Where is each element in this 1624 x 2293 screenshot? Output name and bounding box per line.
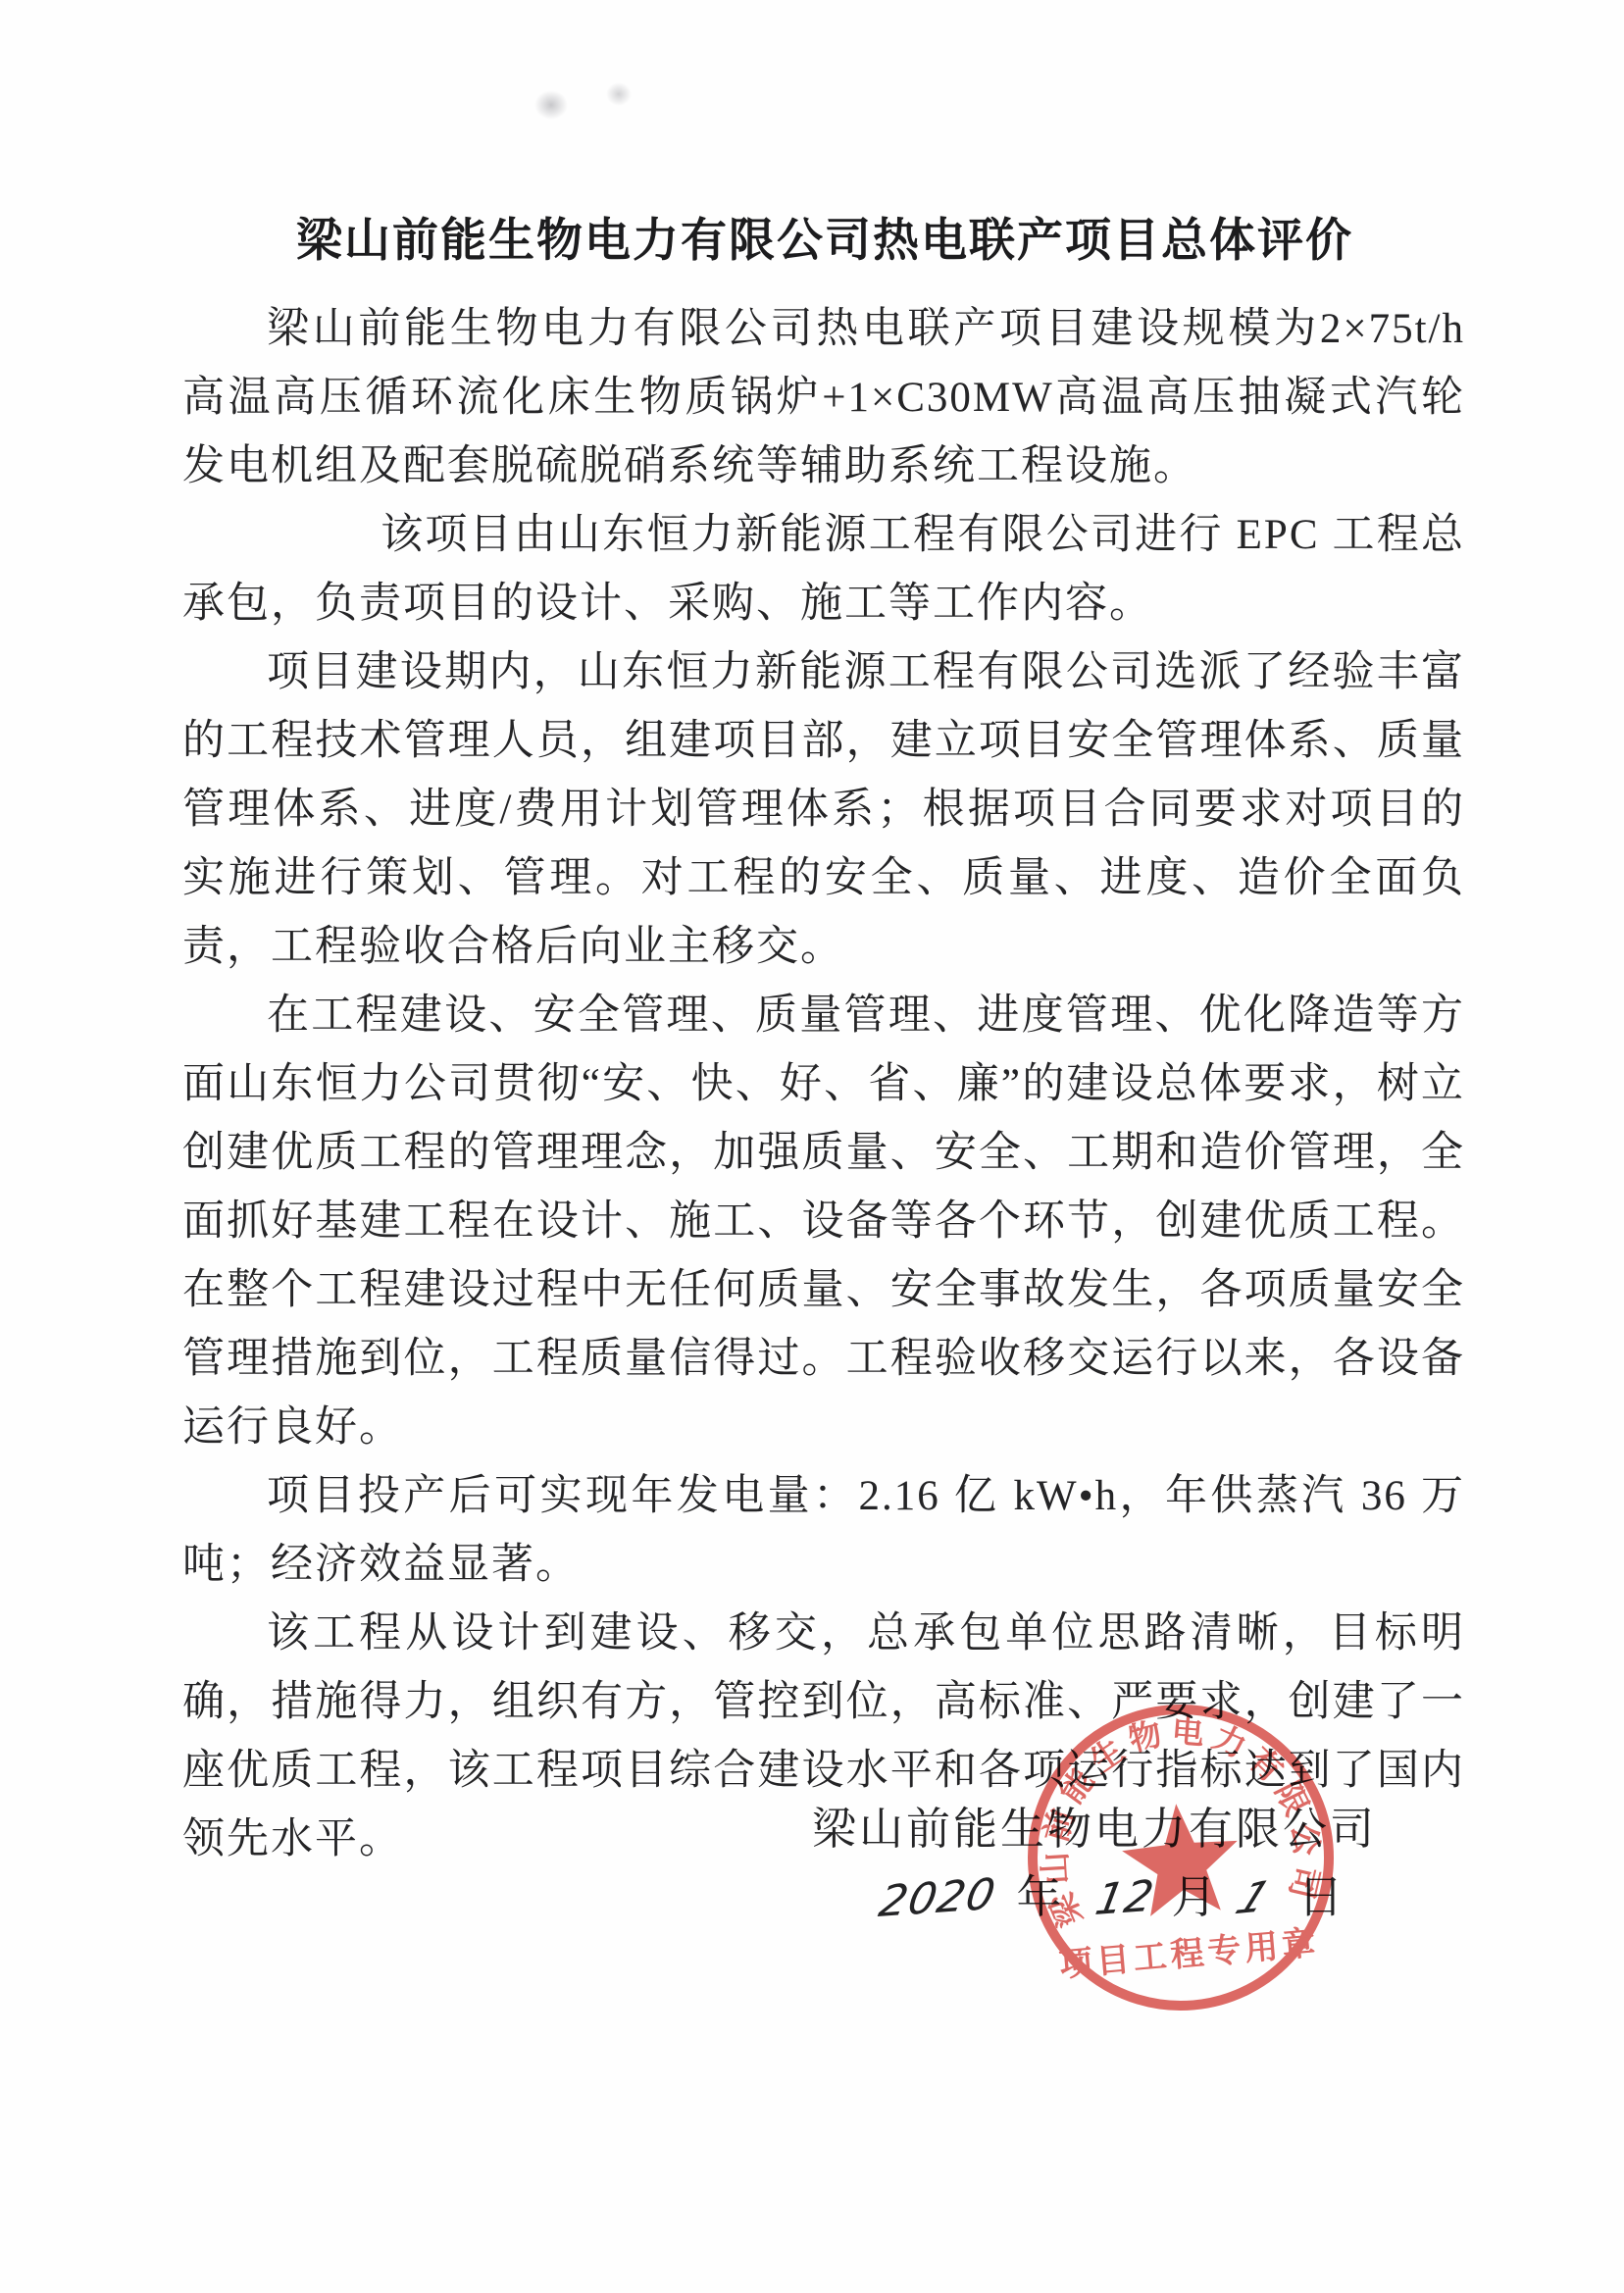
paragraph-quality-policy: 在工程建设、安全管理、质量管理、进度管理、优化降造等方面山东恒力公司贯彻“安、快… bbox=[182, 982, 1465, 1462]
scan-smudge bbox=[534, 90, 568, 120]
document-body: 梁山前能生物电力有限公司热电联产项目建设规模为2×75t/h高温高压循环流化床生… bbox=[182, 295, 1465, 1874]
scan-smudge bbox=[606, 82, 632, 106]
date-month-label: 月 bbox=[1171, 1872, 1217, 1922]
paragraph-management-system: 项目建设期内，山东恒力新能源工程有限公司选派了经验丰富的工程技术管理人员，组建项… bbox=[182, 638, 1465, 982]
date-day-label: 日 bbox=[1297, 1872, 1344, 1922]
document-title: 梁山前能生物电力有限公司热电联产项目总体评价 bbox=[182, 204, 1467, 270]
paragraph-project-scale: 梁山前能生物电力有限公司热电联产项目建设规模为2×75t/h高温高压循环流化床生… bbox=[182, 295, 1465, 501]
date-month-handwritten: 12 bbox=[1091, 1871, 1158, 1925]
signature-date: 2020 年 12 月 1 日 bbox=[881, 1861, 1344, 1926]
date-day-handwritten: 1 bbox=[1228, 1872, 1279, 1925]
paragraph-epc-contract: 该项目由山东恒力新能源工程有限公司进行 EPC 工程总承包，负责项目的设计、采购… bbox=[182, 501, 1465, 638]
seal-bottom-text: 项目工程专用章 bbox=[1057, 1923, 1320, 1984]
date-year-handwritten: 2020 bbox=[876, 1869, 1000, 1927]
document-page: 梁山前能生物电力有限公司热电联产项目总体评价 梁山前能生物电力有限公司热电联产项… bbox=[0, 0, 1624, 2293]
paragraph-output-benefit: 项目投产后可实现年发电量：2.16 亿 kW•h，年供蒸汽 36 万吨；经济效益… bbox=[182, 1462, 1465, 1600]
date-year-label: 年 bbox=[1016, 1872, 1062, 1922]
signature-company-name: 梁山前能生物电力有限公司 bbox=[812, 1793, 1377, 1857]
